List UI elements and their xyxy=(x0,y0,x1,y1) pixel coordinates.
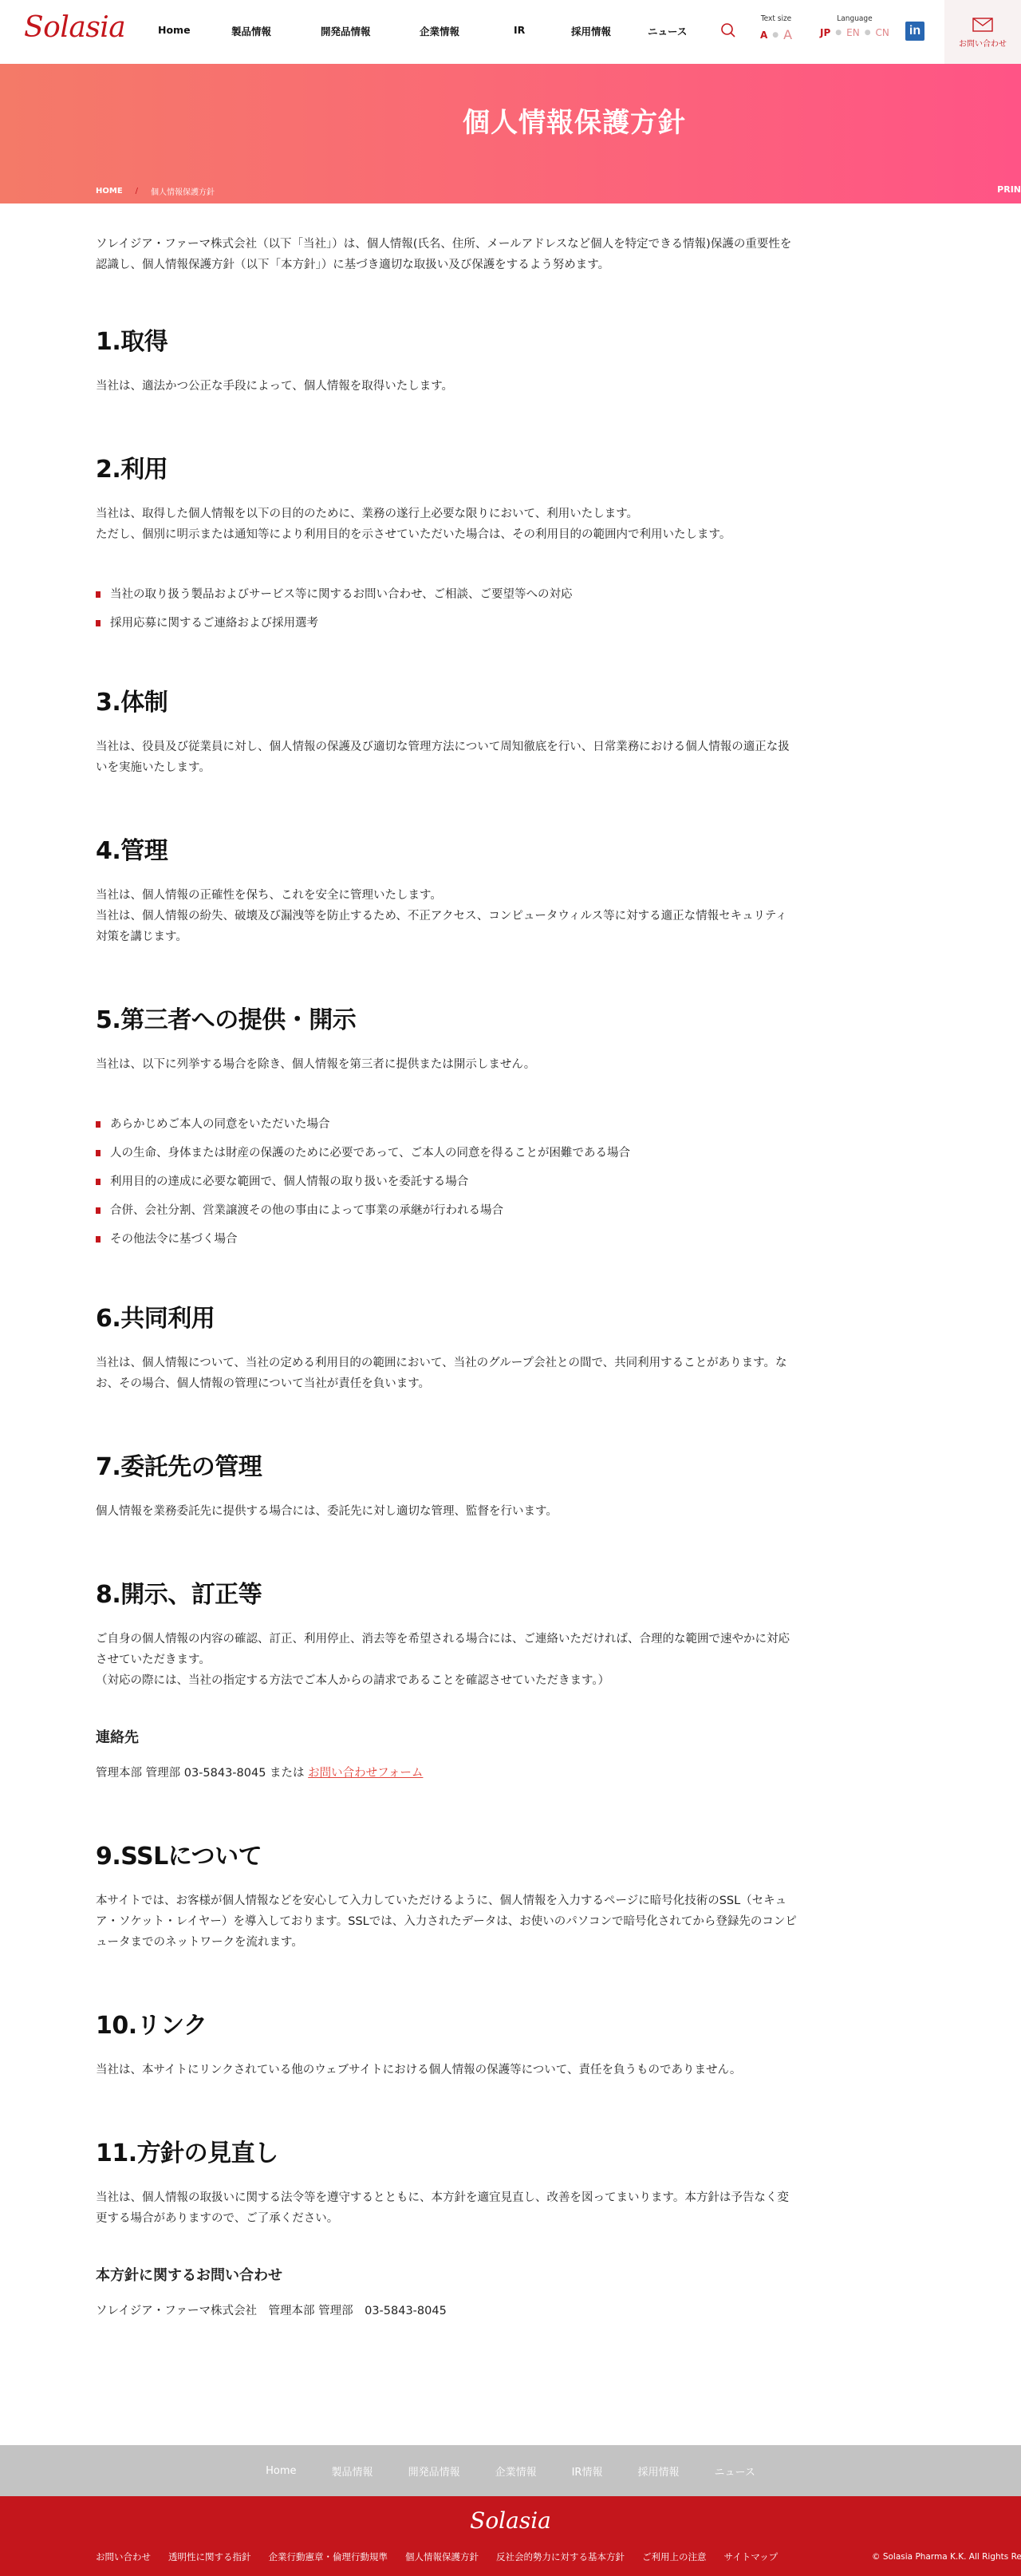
breadcrumb-separator: / xyxy=(136,187,138,196)
mail-icon xyxy=(972,18,993,32)
language-label: Language xyxy=(820,14,889,23)
section-text: 当社は、個人情報の紛失、破壊及び漏洩等を防止するため、不正アクセス、コンピュータ… xyxy=(96,906,798,947)
language-switcher: Language JP ● EN ● CN xyxy=(820,14,889,38)
list-item: 当社の取り扱う製品およびサービス等に関するお問い合わせ、ご相談、ご要望等への対応 xyxy=(96,580,925,609)
copyright: © Solasia Pharma K.K. All Rights Re xyxy=(872,2552,1021,2562)
contact-form-link[interactable]: お問い合わせフォーム xyxy=(308,1767,423,1780)
section-text: ご自身の個人情報の内容の確認、訂正、利用停止、消去等を希望される場合には、ご連絡… xyxy=(96,1629,798,1670)
section-text: 個人情報を業務委託先に提供する場合には、委託先に対し適切な管理、監督を行います。 xyxy=(96,1501,798,1522)
footer-nav-home[interactable]: Home xyxy=(266,2465,296,2477)
contact-label: お問い合わせ xyxy=(944,37,1021,49)
global-nav: Home 製品情報 開発品情報 企業情報 IR 採用情報 ニュース xyxy=(158,24,696,38)
section-text: 当社は、本サイトにリンクされている他のウェブサイトにおける個人情報の保護等につい… xyxy=(96,2060,798,2080)
section-ssl: 9.SSLについて 本サイトでは、お客様が個人情報などを安心して入力していただけ… xyxy=(96,1836,925,1953)
contact-heading: 連絡先 xyxy=(96,1726,925,1747)
section-text: 当社は、以下に列挙する場合を除き、個人情報を第三者に提供または開示しません。 xyxy=(96,1054,798,1075)
list-item: 採用応募に関するご連絡および採用選考 xyxy=(96,609,925,638)
breadcrumb: HOME / 個人情報保護方針 xyxy=(96,185,215,197)
nav-ir[interactable]: IR xyxy=(514,24,571,38)
section-text: 本サイトでは、お客様が個人情報などを安心して入力していただけるように、個人情報を… xyxy=(96,1891,798,1953)
section-disclosure: 8.開示、訂正等 ご自身の個人情報の内容の確認、訂正、利用停止、消去等を希望され… xyxy=(96,1574,925,1784)
page-hero: 個人情報保護方針 HOME / 個人情報保護方針 PRIN xyxy=(0,64,1021,203)
nav-recruit[interactable]: 採用情報 xyxy=(571,24,648,38)
list-item: 合併、会社分割、営業譲渡その他の事由によって事業の承継が行われる場合 xyxy=(96,1196,925,1225)
section-heading: 5.第三者への提供・開示 xyxy=(96,1000,925,1035)
breadcrumb-current: 個人情報保護方針 xyxy=(151,185,215,197)
nav-company[interactable]: 企業情報 xyxy=(420,24,514,38)
footer-nav-news[interactable]: ニュース xyxy=(714,2463,755,2479)
usage-list: 当社の取り扱う製品およびサービス等に関するお問い合わせ、ご相談、ご要望等への対応… xyxy=(96,580,925,638)
section-joint-use: 6.共同利用 当社は、個人情報について、当社の定める利用目的の範囲において、当社… xyxy=(96,1298,925,1394)
footer-logo[interactable]: Solasia xyxy=(0,2507,1021,2534)
section-heading: 7.委託先の管理 xyxy=(96,1447,925,1482)
section-review: 11.方針の見直し 当社は、個人情報の取扱いに関する法令等を遵守するとともに、本… xyxy=(96,2133,925,2445)
nav-home[interactable]: Home xyxy=(158,24,231,38)
nav-pipeline[interactable]: 開発品情報 xyxy=(321,24,420,38)
main-content: ソレイジア・ファーマ株式会社（以下「当社」）は、個人情報(氏名、住所、メールアド… xyxy=(0,234,1021,2445)
section-text: 当社は、個人情報の取扱いに関する法令等を遵守するとともに、本方針を適宜見直し、改… xyxy=(96,2187,798,2229)
section-text: 当社は、個人情報について、当社の定める利用目的の範囲において、当社のグループ会社… xyxy=(96,1353,798,1394)
separator-dot: ● xyxy=(772,31,779,39)
footer-link-terms[interactable]: ご利用上の注意 xyxy=(642,2550,707,2563)
text-size-control: Text size A ● A xyxy=(760,14,792,42)
footer-link-sitemap[interactable]: サイトマップ xyxy=(724,2550,779,2563)
section-text: 当社は、取得した個人情報を以下の目的のために、業務の遂行上必要な限りにおいて、利… xyxy=(96,504,798,524)
section-heading: 11.方針の見直し xyxy=(96,2133,925,2168)
section-third-party: 5.第三者への提供・開示 当社は、以下に列挙する場合を除き、個人情報を第三者に提… xyxy=(96,1000,925,1254)
footer-link-contact[interactable]: お問い合わせ xyxy=(96,2550,151,2563)
section-management: 4.管理 当社は、個人情報の正確性を保ち、これを安全に管理いたします。 当社は、… xyxy=(96,831,925,947)
section-acquisition: 1.取得 当社は、適法かつ公正な手段によって、個人情報を取得いたします。 xyxy=(96,322,925,397)
separator-dot: ● xyxy=(835,29,842,37)
linkedin-icon[interactable]: in xyxy=(905,22,924,41)
solasia-logo[interactable]: Solasia xyxy=(24,11,125,44)
contact-line: 管理本部 管理部 03-5843-8045 または お問い合わせフォーム xyxy=(96,1763,798,1784)
footer-nav-company[interactable]: 企業情報 xyxy=(495,2463,537,2479)
section-system: 3.体制 当社は、役員及び従業員に対し、個人情報の保護及び適切な管理方法について… xyxy=(96,682,925,778)
text-size-large-button[interactable]: A xyxy=(783,27,792,42)
footer-link-transparency[interactable]: 透明性に関する指針 xyxy=(168,2550,251,2563)
section-text: （対応の際には、当社の指定する方法でご本人からの請求であることを確認させていただ… xyxy=(96,1670,798,1691)
section-heading: 10.リンク xyxy=(96,2005,925,2041)
footer-link-code-of-conduct[interactable]: 企業行動憲章・倫理行動規準 xyxy=(269,2550,388,2563)
breadcrumb-home[interactable]: HOME xyxy=(96,187,123,196)
lang-en-button[interactable]: EN xyxy=(846,27,860,38)
text-size-label: Text size xyxy=(760,14,792,23)
footer-nav-pipeline[interactable]: 開発品情報 xyxy=(408,2463,460,2479)
footer-link-antisocial[interactable]: 反社会的勢力に対する基本方針 xyxy=(496,2550,625,2563)
intro-text: ソレイジア・ファーマ株式会社（以下「当社」）は、個人情報(氏名、住所、メールアド… xyxy=(96,234,798,275)
section-heading: 1.取得 xyxy=(96,322,925,357)
site-header: Solasia Home 製品情報 開発品情報 企業情報 IR 採用情報 ニュー… xyxy=(0,0,1021,64)
nav-products[interactable]: 製品情報 xyxy=(231,24,321,38)
list-item: 人の生命、身体または財産の保護のために必要であって、ご本人の同意を得ることが困難… xyxy=(96,1139,925,1167)
inquiry-heading: 本方針に関するお問い合わせ xyxy=(96,2264,925,2285)
footer-nav-ir[interactable]: IR情報 xyxy=(572,2463,603,2479)
section-text: 当社は、適法かつ公正な手段によって、個人情報を取得いたします。 xyxy=(96,376,798,397)
site-footer: Solasia お問い合わせ 透明性に関する指針 企業行動憲章・倫理行動規準 個… xyxy=(0,2496,1021,2576)
section-usage: 2.利用 当社は、取得した個人情報を以下の目的のために、業務の遂行上必要な限りに… xyxy=(96,449,925,638)
page-title: 個人情報保護方針 xyxy=(0,101,1021,140)
footer-link-privacy[interactable]: 個人情報保護方針 xyxy=(405,2550,479,2563)
section-text: 当社は、役員及び従業員に対し、個人情報の保護及び適切な管理方法について周知徹底を… xyxy=(96,737,798,778)
text-size-small-button[interactable]: A xyxy=(760,30,767,41)
contact-text: 管理本部 管理部 03-5843-8045 または xyxy=(96,1767,308,1780)
inquiry-text: ソレイジア・ファーマ株式会社 管理本部 管理部 03-5843-8045 xyxy=(96,2301,798,2321)
section-links: 10.リンク 当社は、本サイトにリンクされている他のウェブサイトにおける個人情報… xyxy=(96,2005,925,2080)
third-party-list: あらかじめご本人の同意をいただいた場合 人の生命、身体または財産の保護のために必… xyxy=(96,1110,925,1254)
nav-news[interactable]: ニュース xyxy=(648,24,696,38)
list-item: 利用目的の達成に必要な範囲で、個人情報の取り扱いを委託する場合 xyxy=(96,1167,925,1196)
footer-links: お問い合わせ 透明性に関する指針 企業行動憲章・倫理行動規準 個人情報保護方針 … xyxy=(96,2550,795,2563)
list-item: あらかじめご本人の同意をいただいた場合 xyxy=(96,1110,925,1139)
section-heading: 2.利用 xyxy=(96,449,925,484)
section-text: ただし、個別に明示または通知等により利用目的を示させていただいた場合は、その利用… xyxy=(96,524,798,545)
footer-nav: Home 製品情報 開発品情報 企業情報 IR情報 採用情報 ニュース xyxy=(0,2445,1021,2496)
footer-nav-recruit[interactable]: 採用情報 xyxy=(637,2463,679,2479)
contact-button[interactable]: お問い合わせ xyxy=(944,0,1021,64)
lang-jp-button[interactable]: JP xyxy=(820,27,830,38)
section-heading: 3.体制 xyxy=(96,682,925,717)
section-heading: 6.共同利用 xyxy=(96,1298,925,1333)
list-item: その他法令に基づく場合 xyxy=(96,1225,925,1254)
print-button[interactable]: PRIN xyxy=(997,184,1021,195)
section-heading: 4.管理 xyxy=(96,831,925,866)
section-contractor: 7.委託先の管理 個人情報を業務委託先に提供する場合には、委託先に対し適切な管理… xyxy=(96,1447,925,1522)
section-heading: 8.開示、訂正等 xyxy=(96,1574,925,1610)
lang-cn-button[interactable]: CN xyxy=(876,27,889,38)
section-heading: 9.SSLについて xyxy=(96,1836,925,1871)
separator-dot: ● xyxy=(865,29,871,37)
footer-nav-products[interactable]: 製品情報 xyxy=(332,2463,373,2479)
section-text: 当社は、個人情報の正確性を保ち、これを安全に管理いたします。 xyxy=(96,885,798,906)
search-icon[interactable] xyxy=(720,22,736,38)
